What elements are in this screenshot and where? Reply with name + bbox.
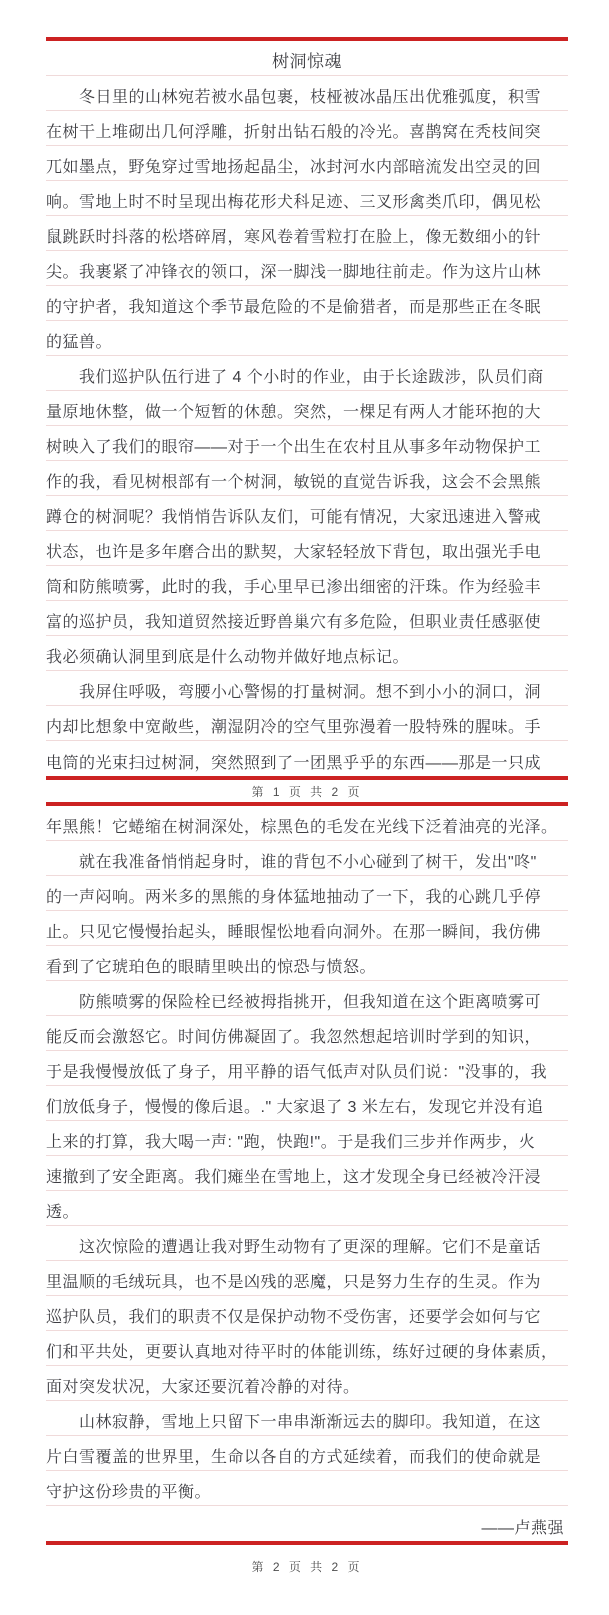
text-line: 鼠跳跃时抖落的松塔碎屑，寒风卷着雪粒打在脸上，像无数细小的针 <box>46 216 568 251</box>
text-line: 的一声闷响。两米多的黑熊的身体猛地抽动了一下，我的心跳几乎停 <box>46 876 568 911</box>
text-line: 树映入了我们的眼帘——对于一个出生在农村且从事多年动物保护工 <box>46 426 568 461</box>
essay-title: 树洞惊魂 <box>46 41 568 76</box>
text-line: 年黑熊！它蜷缩在树洞深处，棕黑色的毛发在光线下泛着油亮的光泽。 <box>46 806 568 841</box>
text-line: 兀如墨点，野兔穿过雪地扬起晶尘，冰封河水内部暗流发出空灵的回 <box>46 146 568 181</box>
text-line: 响。雪地上时不时呈现出梅花形犬科足迹、三叉形禽类爪印，偶见松 <box>46 181 568 216</box>
page-2: 年黑熊！它蜷缩在树洞深处，棕黑色的毛发在光线下泛着油亮的光泽。 就在我准备悄悄起… <box>46 806 568 1541</box>
text-line: 面对突发状况，大家还要沉着冷静的对待。 <box>46 1366 568 1401</box>
text-line: 量原地休整，做一个短暂的休憩。突然，一棵足有两人才能环抱的大 <box>46 391 568 426</box>
text-line: 巡护队员，我们的职责不仅是保护动物不受伤害，还要学会如何与它 <box>46 1296 568 1331</box>
text-line: 的猛兽。 <box>46 321 568 356</box>
text-line: 在树干上堆砌出几何浮雕，折射出钻石般的冷光。喜鹊窝在秃枝间突 <box>46 111 568 146</box>
text-line: 电筒的光束扫过树洞，突然照到了一团黑乎乎的东西——那是一只成 <box>46 741 568 776</box>
text-line: 上来的打算，我大喝一声: "跑，快跑!"。于是我们三步并作两步，火 <box>46 1121 568 1156</box>
text-line: 防熊喷雾的保险栓已经被拇指挑开，但我知道在这个距离喷雾可 <box>46 981 568 1016</box>
text-line: 作的我，看见树根部有一个树洞，敏锐的直觉告诉我，这会不会黑熊 <box>46 461 568 496</box>
text-line: 我们巡护队伍行进了 4 个小时的作业，由于长途跋涉，队员们商 <box>46 356 568 391</box>
page-1: 树洞惊魂 冬日里的山林宛若被水晶包裹，枝桠被冰晶压出优雅弧度，积雪 在树干上堆砌… <box>46 41 568 776</box>
text-line: 透。 <box>46 1191 568 1226</box>
text-line: 我必须确认洞里到底是什么动物并做好地点标记。 <box>46 636 568 671</box>
text-line: 尖。我裹紧了冲锋衣的领口，深一脚浅一脚地往前走。作为这片山林 <box>46 251 568 286</box>
text-line: 里温顺的毛绒玩具，也不是凶残的恶魔，只是努力生存的生灵。作为 <box>46 1261 568 1296</box>
text-line: 守护这份珍贵的平衡。 <box>46 1471 568 1506</box>
text-line: 于是我慢慢放低了身子，用平静的语气低声对队员们说："没事的，我 <box>46 1051 568 1086</box>
page-1-footer: 第 1 页 共 2 页 <box>46 780 568 802</box>
text-line: 蹲仓的树洞呢？我悄悄告诉队友们，可能有情况，大家迅速进入警戒 <box>46 496 568 531</box>
text-line: 就在我准备悄悄起身时，谁的背包不小心碰到了树干，发出"咚" <box>46 841 568 876</box>
text-line: 这次惊险的遭遇让我对野生动物有了更深的理解。它们不是童话 <box>46 1226 568 1261</box>
essay-document: 树洞惊魂 冬日里的山林宛若被水晶包裹，枝桠被冰晶压出优雅弧度，积雪 在树干上堆砌… <box>0 0 609 1575</box>
text-line: 富的巡护员，我知道贸然接近野兽巢穴有多危险，但职业责任感驱使 <box>46 601 568 636</box>
text-line: 止。只见它慢慢抬起头，睡眼惺忪地看向洞外。在那一瞬间，我仿佛 <box>46 911 568 946</box>
text-line: 片白雪覆盖的世界里，生命以各自的方式延续着，而我们的使命就是 <box>46 1436 568 1471</box>
text-line: 们放低身子，慢慢的像后退。." 大家退了 3 米左右，发现它并没有追 <box>46 1086 568 1121</box>
text-line: 我屏住呼吸，弯腰小心警惕的打量树洞。想不到小小的洞口，洞 <box>46 671 568 706</box>
text-line: 们和平共处，更要认真地对待平时的体能训练，练好过硬的身体素质， <box>46 1331 568 1366</box>
text-line: 看到了它琥珀色的眼睛里映出的惊恐与愤怒。 <box>46 946 568 981</box>
page-2-footer: 第 2 页 共 2 页 <box>46 1545 568 1575</box>
text-line: 山林寂静，雪地上只留下一串串渐渐远去的脚印。我知道，在这 <box>46 1401 568 1436</box>
text-line: 速撤到了安全距离。我们瘫坐在雪地上，这才发现全身已经被冷汗浸 <box>46 1156 568 1191</box>
text-line: 的守护者，我知道这个季节最危险的不是偷猎者，而是那些正在冬眠 <box>46 286 568 321</box>
text-line: 冬日里的山林宛若被水晶包裹，枝桠被冰晶压出优雅弧度，积雪 <box>46 76 568 111</box>
text-line: 内却比想象中宽敞些，潮湿阴冷的空气里弥漫着一股特殊的腥味。手 <box>46 706 568 741</box>
author-signature: ——卢燕强 <box>46 1506 568 1541</box>
text-line: 状态，也许是多年磨合出的默契，大家轻轻放下背包，取出强光手电 <box>46 531 568 566</box>
text-line: 能反而会激怒它。时间仿佛凝固了。我忽然想起培训时学到的知识， <box>46 1016 568 1051</box>
text-line: 筒和防熊喷雾，此时的我，手心里早已渗出细密的汗珠。作为经验丰 <box>46 566 568 601</box>
